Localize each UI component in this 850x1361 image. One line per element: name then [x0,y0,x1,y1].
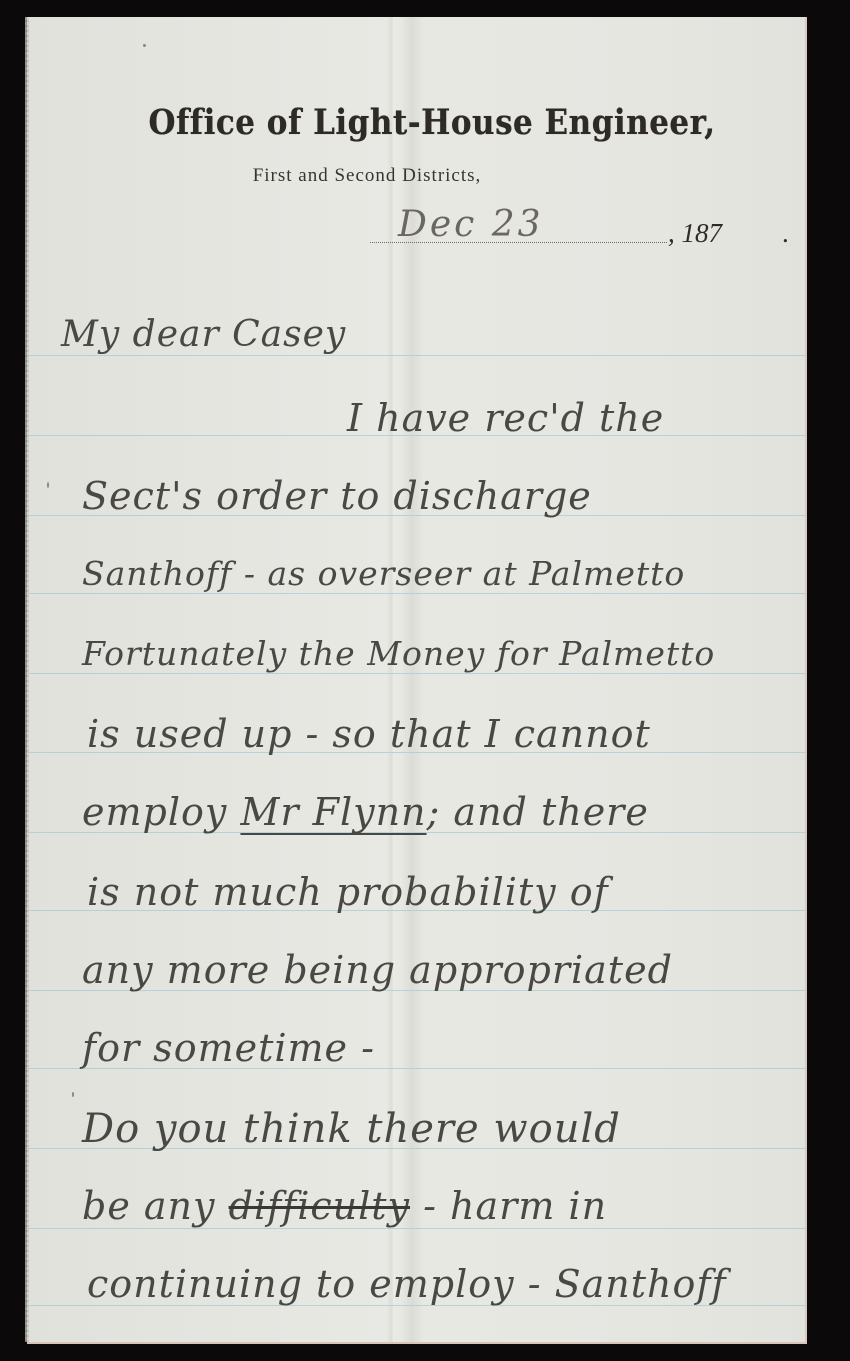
letter-line: is not much probability of [87,873,609,911]
salutation: My dear Casey [61,317,346,353]
ruled-line [27,1228,805,1229]
paper-speck [47,482,49,488]
letter-line: Santhoff - as overseer at Palmetto [82,557,685,590]
letter-line: is used up - so that I cannot [87,715,651,753]
date-printed-year: , 187 [668,218,722,249]
ruled-line [27,355,805,356]
underlined-name: Mr Flynn [240,790,426,834]
date-dotted-line [370,242,667,243]
letter-word: employ [82,790,240,834]
letter-line: for sometime - [82,1029,375,1067]
letter-word: - harm in [423,1184,607,1228]
letterhead-subtitle: First and Second Districts, [197,165,537,187]
letter-line: continuing to employ - Santhoff [87,1265,727,1303]
date-trailing-period: . [782,218,789,249]
letter-line: I have rec'd the [347,399,664,437]
letter-paper: Office of Light-House Engineer, First an… [27,17,807,1344]
letter-line: Sect's order to discharge [82,477,592,515]
letter-line: be any difficulty - harm in [82,1187,607,1225]
letter-line: any more being appropriated [82,951,673,989]
ruled-line [27,673,805,674]
ruled-line [27,593,805,594]
date-line: Dec 23 , 187 . [370,202,750,252]
letterhead-title: Office of Light-House Engineer, [132,103,732,143]
date-handwritten: Dec 23 [398,204,544,245]
letter-line: Do you think there would [82,1109,621,1149]
letter-word: be any [82,1184,216,1228]
paper-speck [72,1092,74,1097]
paper-speck [143,44,146,47]
letter-word: ; and there [427,790,649,834]
letter-line: Fortunately the Money for Palmetto [82,637,715,670]
struck-word: difficulty [229,1184,410,1228]
letter-line: employ Mr Flynn; and there [82,793,649,831]
